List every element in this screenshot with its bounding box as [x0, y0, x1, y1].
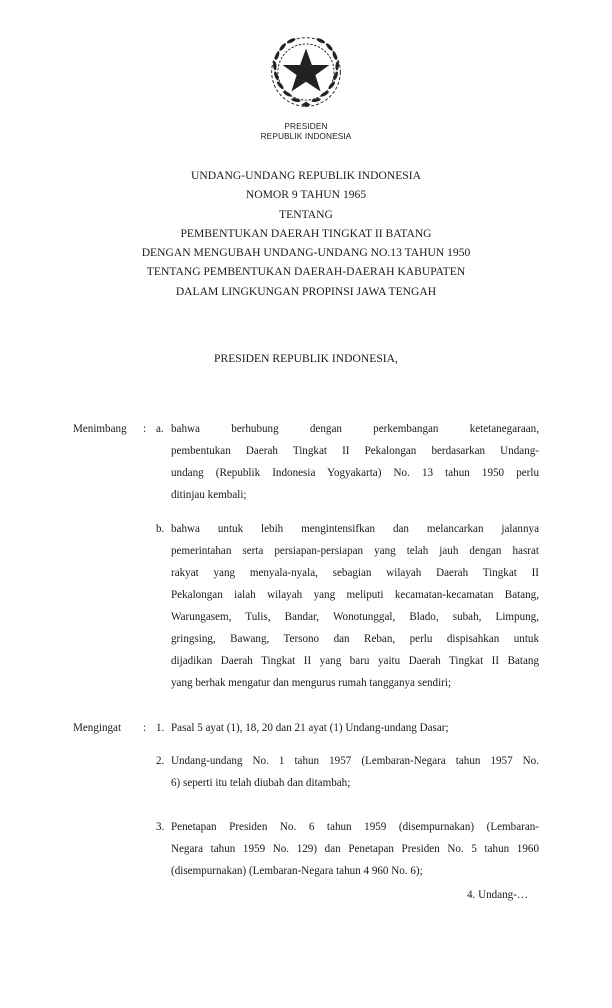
section-label-mengingat: Mengingat	[73, 717, 121, 739]
title-line: PEMBENTUKAN DAERAH TINGKAT II BATANG	[0, 224, 612, 243]
text-line: rakyat yang menyala-nyala, sebagian wila…	[171, 562, 539, 584]
item-text: bahwa berhubung dengan perkembangan kete…	[171, 418, 539, 506]
text-line: ditinjau kembali;	[171, 484, 539, 506]
text-line: Pasal 5 ayat (1), 18, 20 dan 21 ayat (1)…	[171, 717, 539, 739]
text-line: 6) seperti itu telah diubah dan ditambah…	[171, 772, 539, 794]
section-label-menimbang: Menimbang	[73, 418, 127, 440]
item-marker: b.	[156, 518, 172, 540]
garuda-star-seal-icon	[267, 33, 345, 111]
title-line: DALAM LINGKUNGAN PROPINSI JAWA TENGAH	[0, 282, 612, 301]
president-heading: PRESIDEN REPUBLIK INDONESIA,	[0, 352, 612, 366]
item-text: Undang-undang No. 1 tahun 1957 (Lembaran…	[171, 750, 539, 794]
title-line: NOMOR 9 TAHUN 1965	[0, 185, 612, 204]
item-marker: 3.	[156, 816, 172, 838]
text-line: undang (Republik Indonesia Yogyakarta) N…	[171, 462, 539, 484]
text-line: Undang-undang No. 1 tahun 1957 (Lembaran…	[171, 750, 539, 772]
title-line: TENTANG	[0, 205, 612, 224]
item-marker: a.	[156, 418, 172, 440]
item-marker: 2.	[156, 750, 172, 772]
seal-caption-presiden: PRESIDEN	[0, 121, 612, 131]
item-marker: 1.	[156, 717, 172, 739]
section-colon: :	[143, 717, 146, 739]
text-line: Warungasem, Tulis, Bandar, Wonotunggal, …	[171, 606, 539, 628]
text-line: (disempurnakan) (Lembaran-Negara tahun 4…	[171, 860, 539, 882]
text-line: yang berhak mengatur dan mengurus rumah …	[171, 672, 539, 694]
text-line: Negara tahun 1959 No. 129) dan Penetapan…	[171, 838, 539, 860]
document-title: UNDANG-UNDANG REPUBLIK INDONESIA NOMOR 9…	[0, 166, 612, 301]
text-line: gringsing, Bawang, Tersono dan Reban, pe…	[171, 628, 539, 650]
text-line: Pekalongan ialah wilayah yang meliputi k…	[171, 584, 539, 606]
presidential-seal	[267, 33, 345, 111]
title-line: TENTANG PEMBENTUKAN DAERAH-DAERAH KABUPA…	[0, 262, 612, 281]
text-line: Penetapan Presiden No. 6 tahun 1959 (dis…	[171, 816, 539, 838]
title-line: DENGAN MENGUBAH UNDANG-UNDANG NO.13 TAHU…	[0, 243, 612, 262]
item-text: bahwa untuk lebih mengintensifkan dan me…	[171, 518, 539, 694]
text-line: pemerintahan serta persiapan-persiapan y…	[171, 540, 539, 562]
text-line: bahwa berhubung dengan perkembangan kete…	[171, 418, 539, 440]
text-line: dijadikan Daerah Tingkat II yang baru ya…	[171, 650, 539, 672]
section-colon: :	[143, 418, 146, 440]
item-text: Pasal 5 ayat (1), 18, 20 dan 21 ayat (1)…	[171, 717, 539, 739]
title-line: UNDANG-UNDANG REPUBLIK INDONESIA	[0, 166, 612, 185]
page-continuation-marker: 4. Undang-…	[467, 888, 528, 902]
seal-caption-republik-indonesia: REPUBLIK INDONESIA	[0, 131, 612, 141]
text-line: bahwa untuk lebih mengintensifkan dan me…	[171, 518, 539, 540]
item-text: Penetapan Presiden No. 6 tahun 1959 (dis…	[171, 816, 539, 882]
text-line: pembentukan Daerah Tingkat II Pekalongan…	[171, 440, 539, 462]
